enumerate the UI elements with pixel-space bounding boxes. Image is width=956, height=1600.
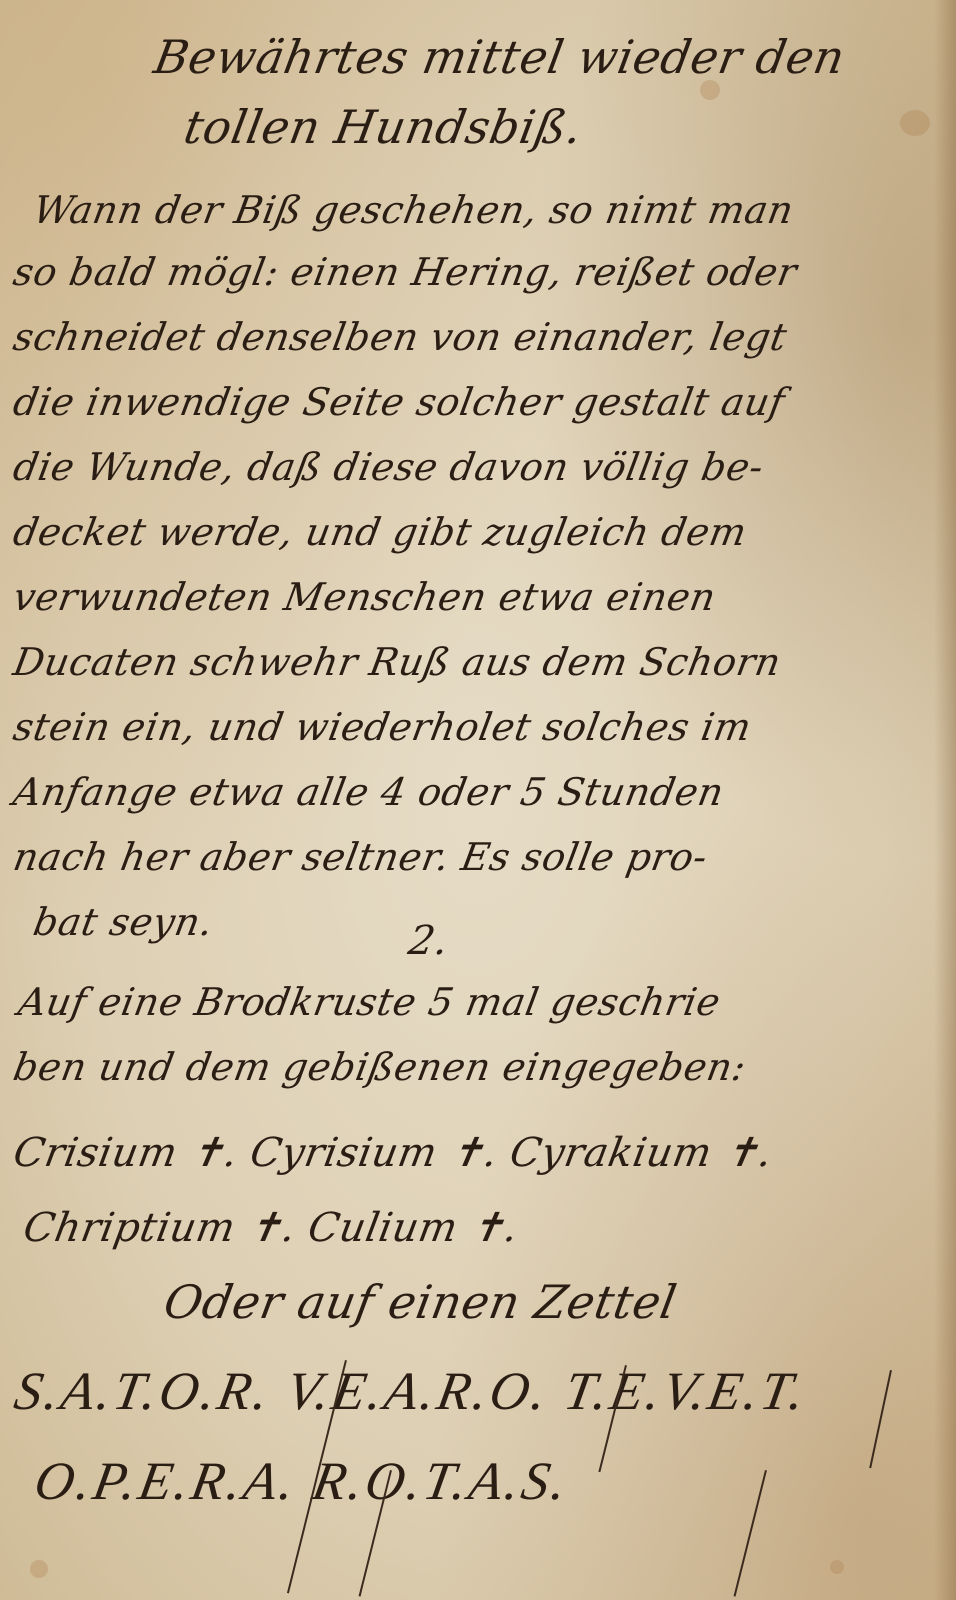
text-line: die Wunde, daß diese davon völlig be- <box>10 445 767 489</box>
text-line: so bald mögl: einen Hering, reißet oder <box>10 250 800 294</box>
paper-stain <box>830 1560 844 1574</box>
text-line: nach her aber seltner. Es solle pro- <box>10 835 711 879</box>
text-line: bat seyn. <box>30 900 217 944</box>
text-line: ben und dem gebißenen eingegeben: <box>10 1045 749 1089</box>
text-line: schneidet denselben von einander, legt <box>10 315 790 359</box>
text-line: stein ein, und wiederholet solches im <box>10 705 755 749</box>
sator-line-2: O.P.E.R.A. R.O.T.A.S. <box>30 1450 574 1512</box>
paper-stain <box>900 110 930 136</box>
paper-stain <box>30 1560 48 1578</box>
text-line: Anfange etwa alle 4 oder 5 Stunden <box>10 770 727 814</box>
charm-line: Chriptium ✝. Culium ✝. <box>20 1205 522 1251</box>
sator-line-1: S.A.T.O.R. V.E.A.R.O. T.E.V.E.T. <box>10 1360 812 1422</box>
text-line: Ducaten schwehr Ruß aus dem Schorn <box>10 640 784 684</box>
text-line: Auf eine Brodkruste 5 mal geschrie <box>15 980 724 1024</box>
text-line: decket werde, und gibt zugleich dem <box>10 510 750 554</box>
alt-heading: Oder auf einen Zettel <box>160 1275 681 1329</box>
title-line-2: tollen Hundsbiß. <box>180 100 587 154</box>
separator-stroke <box>734 1470 767 1597</box>
charm-line: Crisium ✝. Cyrisium ✝. Cyrakium ✝. <box>10 1130 776 1176</box>
text-line: Wann der Biß geschehen, so nimt man <box>30 188 797 232</box>
title-line-1: Bewährtes mittel wieder den <box>150 30 849 84</box>
manuscript-page: Bewährtes mittel wieder den tollen Hunds… <box>0 0 956 1600</box>
section-number: 2. <box>405 918 452 964</box>
separator-stroke <box>869 1370 892 1468</box>
text-line: verwundeten Menschen etwa einen <box>10 575 719 619</box>
page-edge-shadow <box>934 0 956 1600</box>
text-line: die inwendige Seite solcher gestalt auf <box>10 380 788 424</box>
